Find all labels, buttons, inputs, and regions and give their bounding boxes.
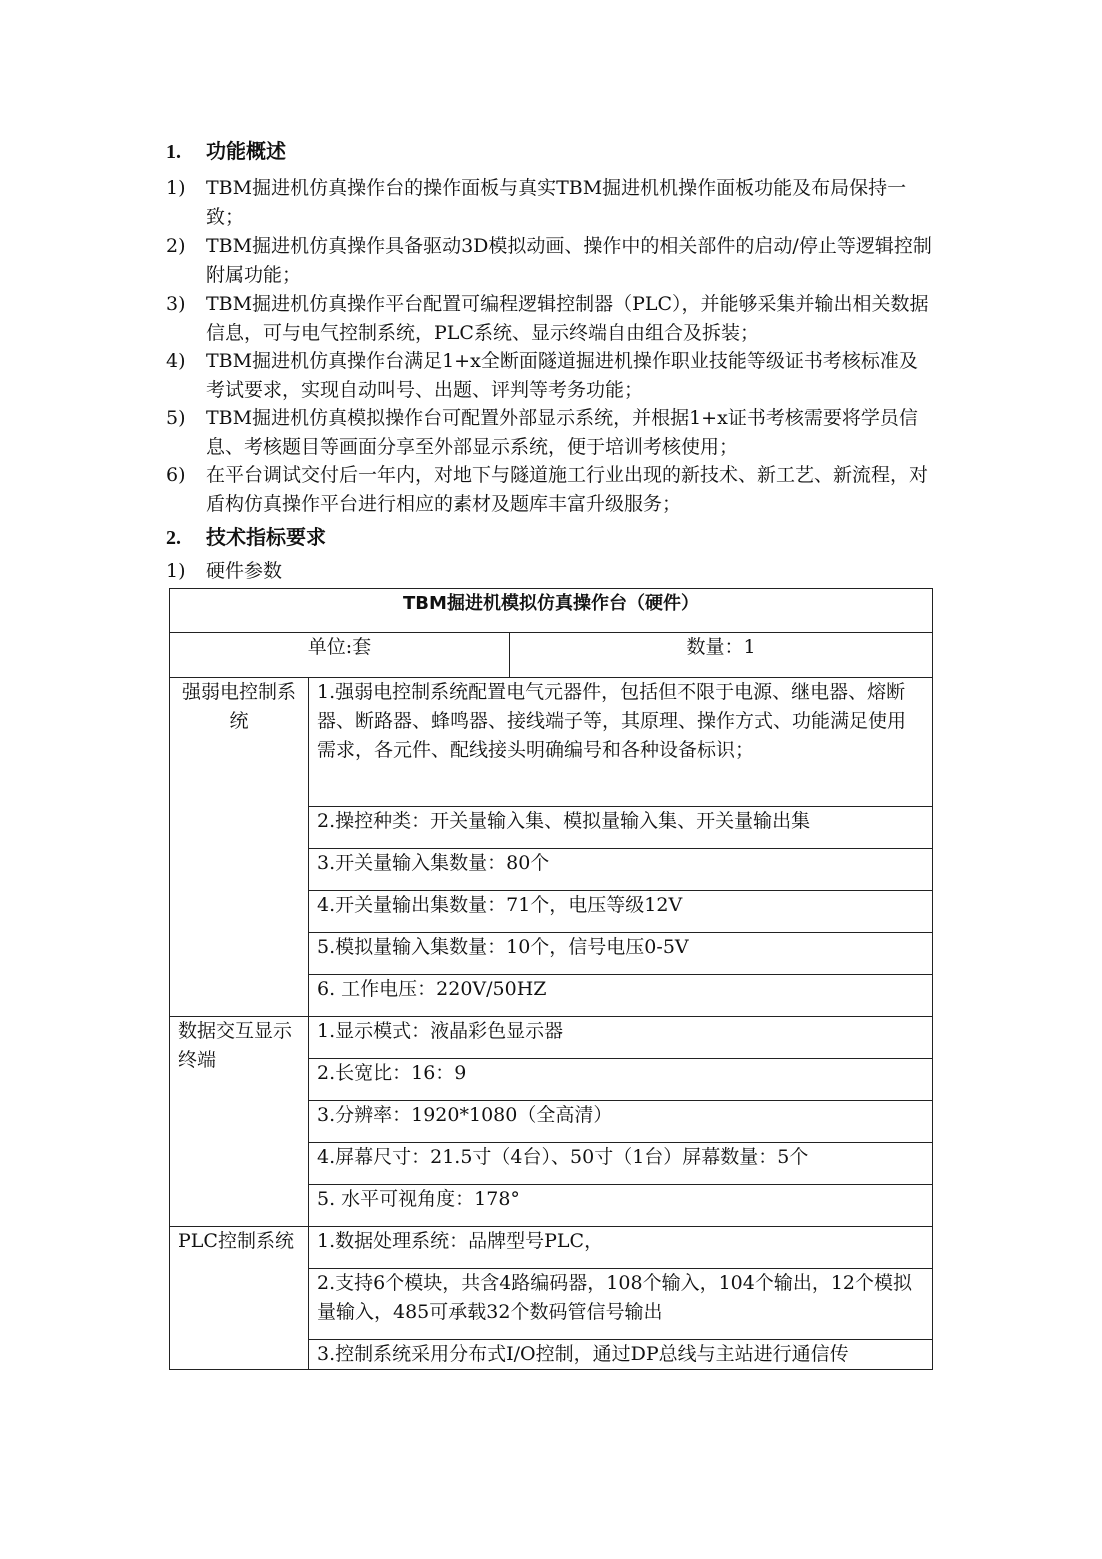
spec-cell: 4.开关量输出集数量：71个，电压等级12V xyxy=(309,891,933,933)
spec-cell: 6. 工作电压：220V/50HZ xyxy=(309,975,933,1017)
list-item: 4) TBM掘进机仿真操作台满足1+x全断面隧道掘进机操作职业技能等级证书考核标… xyxy=(166,347,936,405)
spec-cell: 3.控制系统采用分布式I/O控制，通过DP总线与主站进行通信传 xyxy=(309,1340,933,1370)
subsection-heading-hardware: 1) 硬件参数 xyxy=(166,557,936,586)
unit-cell: 单位:套 xyxy=(170,633,510,678)
table-title: TBM掘进机模拟仿真操作台（硬件） xyxy=(170,589,933,633)
document-page: 1.功能概述 1) TBM掘进机仿真操作台的操作面板与真实TBM掘进机机操作面板… xyxy=(0,0,1102,1559)
category-cell: 数据交互显示终端 xyxy=(170,1017,309,1227)
spec-cell: 3.开关量输入集数量：80个 xyxy=(309,849,933,891)
list-item: 6) 在平台调试交付后一年内，对地下与隧道施工行业出现的新技术、新工艺、新流程，… xyxy=(166,461,936,519)
table-row: 数据交互显示终端 1.显示模式：液晶彩色显示器 xyxy=(170,1017,933,1059)
section-heading-overview: 1.功能概述 xyxy=(166,135,286,164)
quantity-cell: 数量：1 xyxy=(510,633,933,678)
list-item: 5) TBM掘进机仿真模拟操作台可配置外部显示系统，并根据1+x证书考核需要将学… xyxy=(166,404,936,462)
spec-cell: 1.强弱电控制系统配置电气元器件，包括但不限于电源、继电器、熔断器、断路器、蜂鸣… xyxy=(309,678,933,807)
spec-cell: 2.长宽比：16：9 xyxy=(309,1059,933,1101)
hardware-spec-table: TBM掘进机模拟仿真操作台（硬件） 单位:套 数量：1 强弱电控制系统 1.强弱… xyxy=(169,588,933,1370)
table-title-row: TBM掘进机模拟仿真操作台（硬件） xyxy=(170,589,933,633)
spec-cell: 4.屏幕尺寸：21.5寸（4台）、50寸（1台）屏幕数量：5个 xyxy=(309,1143,933,1185)
section-heading-tech-requirements: 2.技术指标要求 xyxy=(166,521,326,550)
list-item: 2) TBM掘进机仿真操作具备驱动3D模拟动画、操作中的相关部件的启动/停止等逻… xyxy=(166,232,936,290)
spec-cell: 1.数据处理系统：品牌型号PLC， xyxy=(309,1227,933,1269)
spec-cell: 5.模拟量输入集数量：10个，信号电压0-5V xyxy=(309,933,933,975)
category-cell: PLC控制系统 xyxy=(170,1227,309,1370)
list-item: 1) TBM掘进机仿真操作台的操作面板与真实TBM掘进机机操作面板功能及布局保持… xyxy=(166,174,936,232)
spec-cell: 5. 水平可视角度：178° xyxy=(309,1185,933,1227)
spec-cell: 1.显示模式：液晶彩色显示器 xyxy=(309,1017,933,1059)
list-item: 3) TBM掘进机仿真操作平台配置可编程逻辑控制器（PLC），并能够采集并输出相… xyxy=(166,290,936,348)
table-unit-row: 单位:套 数量：1 xyxy=(170,633,933,678)
category-cell: 强弱电控制系统 xyxy=(170,678,309,1017)
spec-cell: 2.支持6个模块，共含4路编码器，108个输入，104个输出，12个模拟量输入，… xyxy=(309,1269,933,1340)
table-row: PLC控制系统 1.数据处理系统：品牌型号PLC， xyxy=(170,1227,933,1269)
spec-cell: 3.分辨率：1920*1080（全高清） xyxy=(309,1101,933,1143)
table-row: 强弱电控制系统 1.强弱电控制系统配置电气元器件，包括但不限于电源、继电器、熔断… xyxy=(170,678,933,807)
spec-cell: 2.操控种类：开关量输入集、模拟量输入集、开关量输出集 xyxy=(309,807,933,849)
